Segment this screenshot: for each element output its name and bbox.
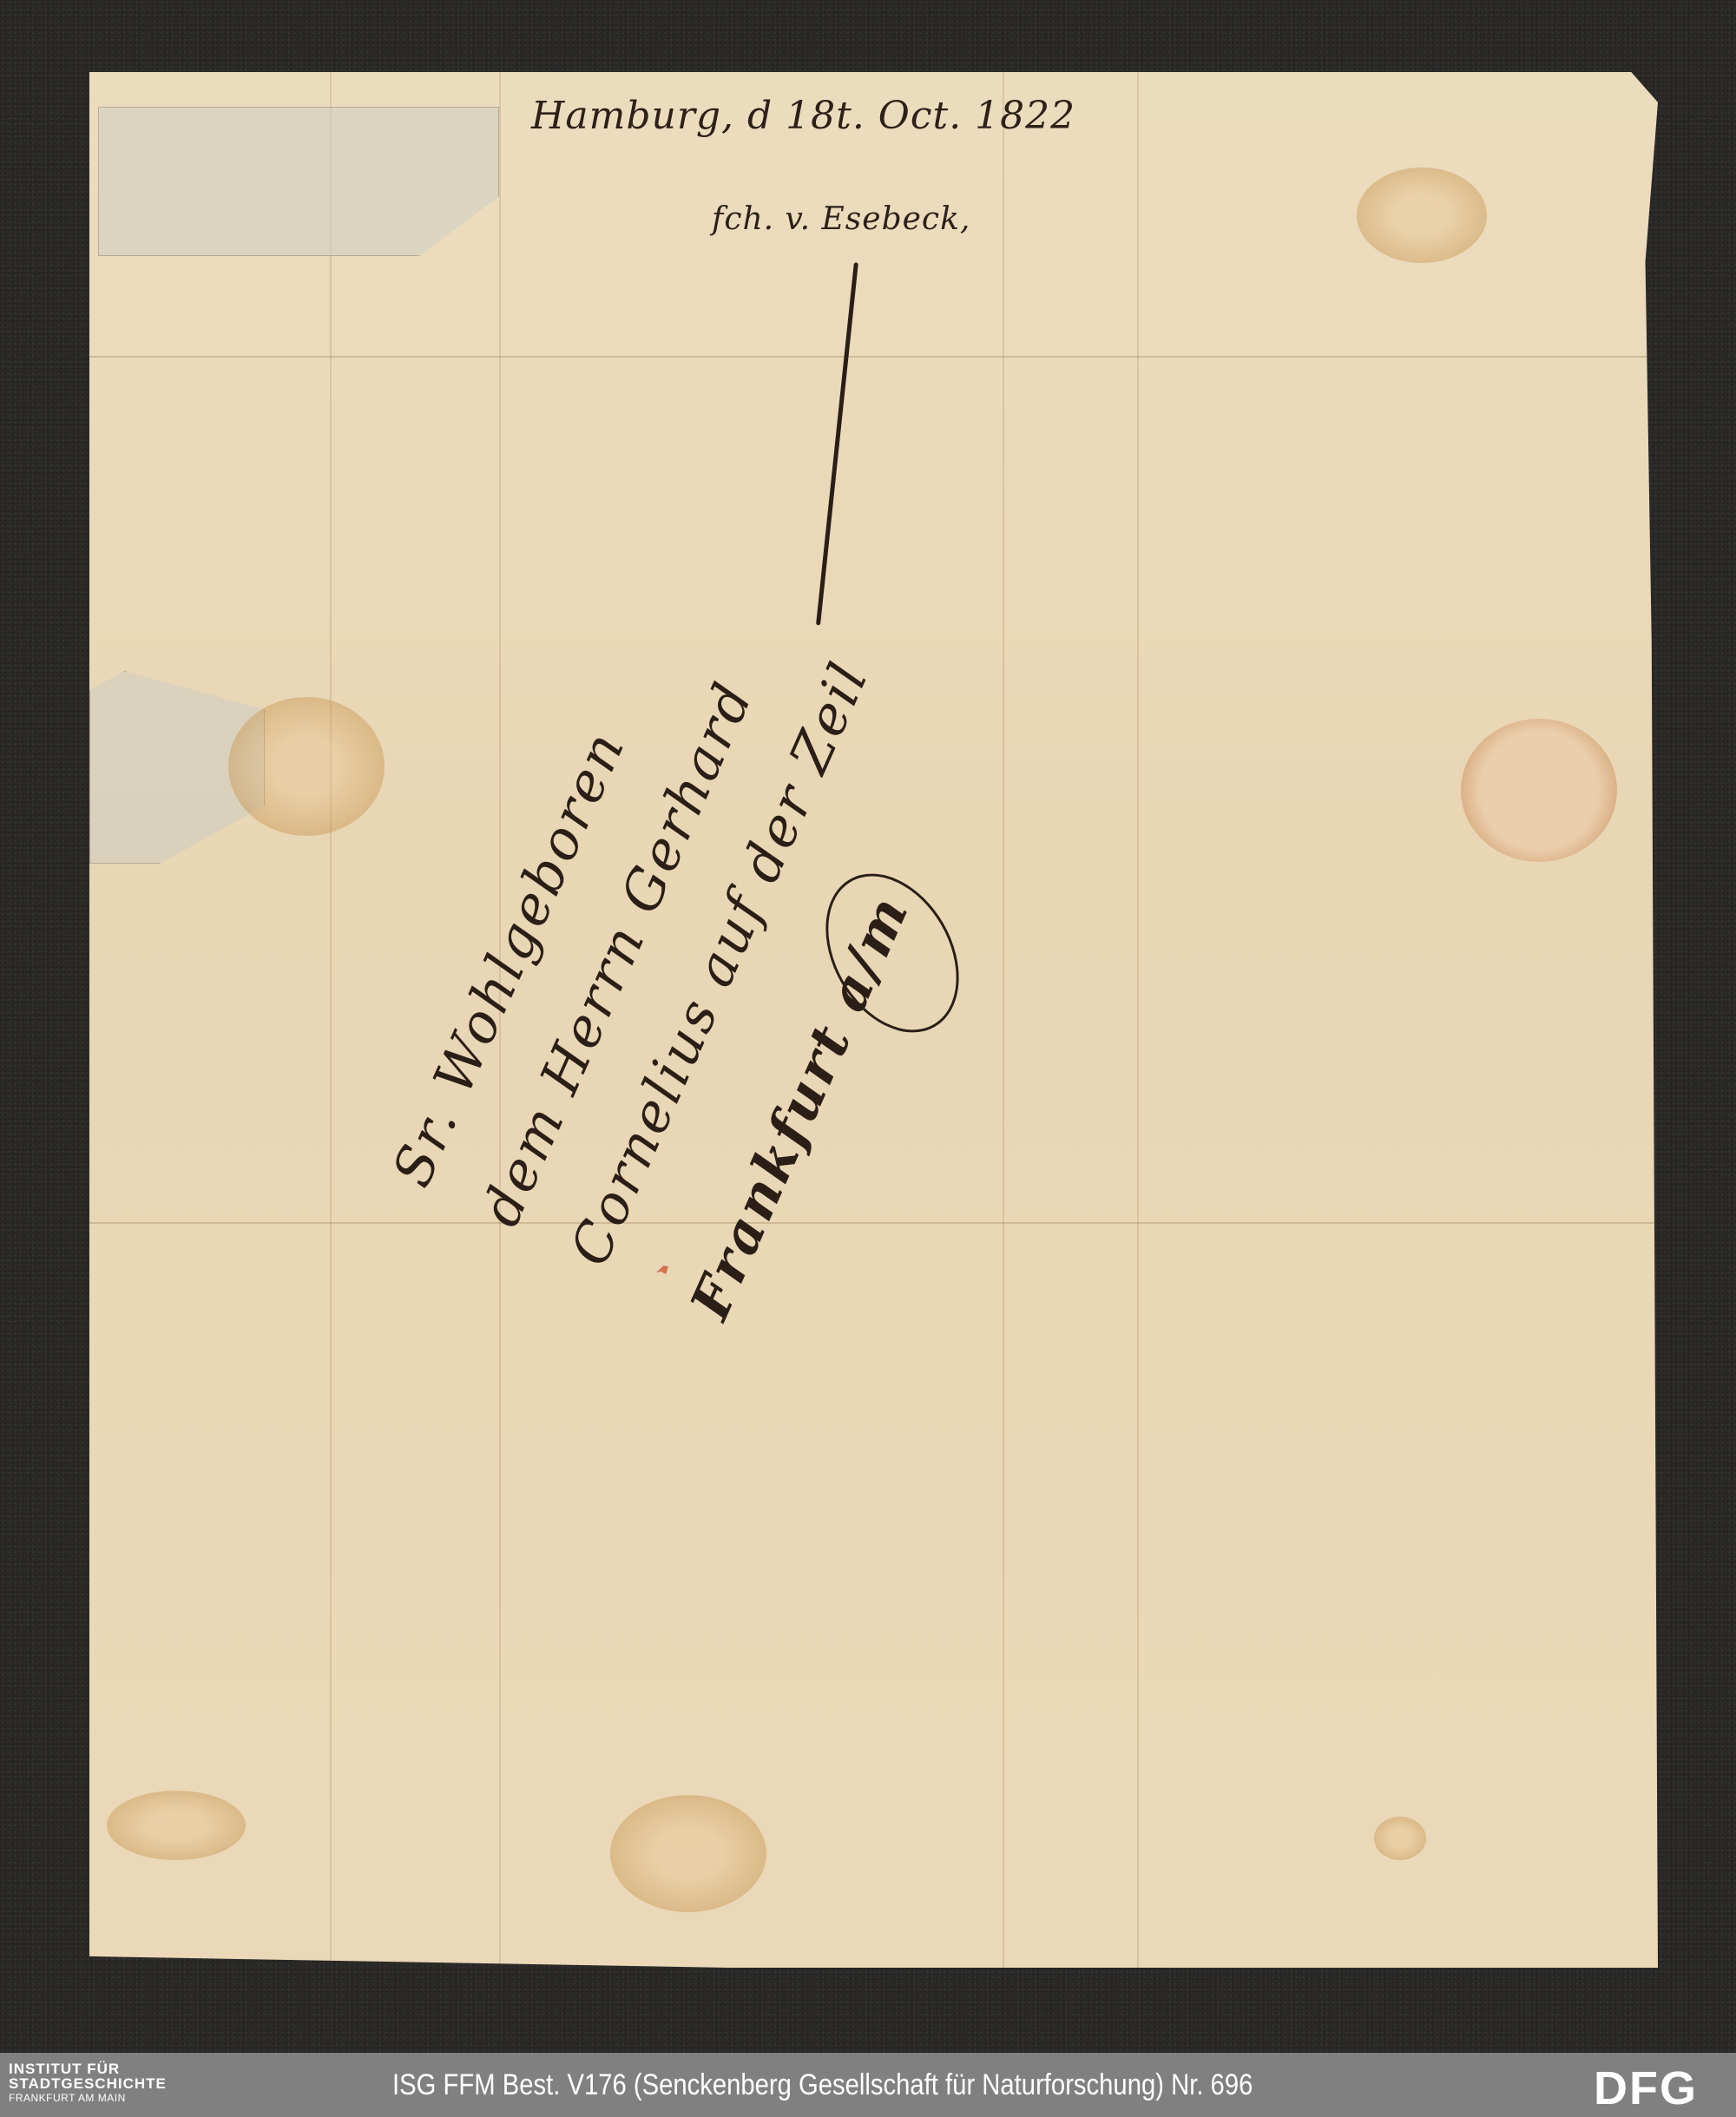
dfg-logo: DFG xyxy=(1594,2065,1698,2112)
fold-line xyxy=(89,1222,1658,1224)
institution-line: FRANKFURT AM MAIN xyxy=(9,2093,167,2103)
archive-caption: ISG FFM Best. V176 (Senckenberg Gesellsc… xyxy=(392,2068,1253,2102)
place-date-inscription: Hamburg, d 18t. Oct. 1822 xyxy=(531,94,1075,138)
seal-stain xyxy=(1461,719,1617,862)
archive-footer: INSTITUT FÜR STADTGESCHICHTE FRANKFURT A… xyxy=(0,2053,1736,2117)
institution-line: STADTGESCHICHTE xyxy=(9,2076,167,2091)
stain xyxy=(1357,168,1487,263)
fold-line xyxy=(89,356,1658,358)
sender-inscription: fch. v. Esebeck, xyxy=(712,201,970,237)
institution-line: INSTITUT FÜR xyxy=(9,2061,167,2076)
stain xyxy=(610,1795,766,1912)
stain xyxy=(228,697,385,836)
scan-area: Hamburg, d 18t. Oct. 1822 fch. v. Esebec… xyxy=(0,0,1736,2053)
stain xyxy=(107,1791,246,1860)
institution-logo: INSTITUT FÜR STADTGESCHICHTE FRANKFURT A… xyxy=(9,2061,167,2103)
stain xyxy=(1374,1817,1426,1860)
paper-repair-patch xyxy=(98,107,499,256)
